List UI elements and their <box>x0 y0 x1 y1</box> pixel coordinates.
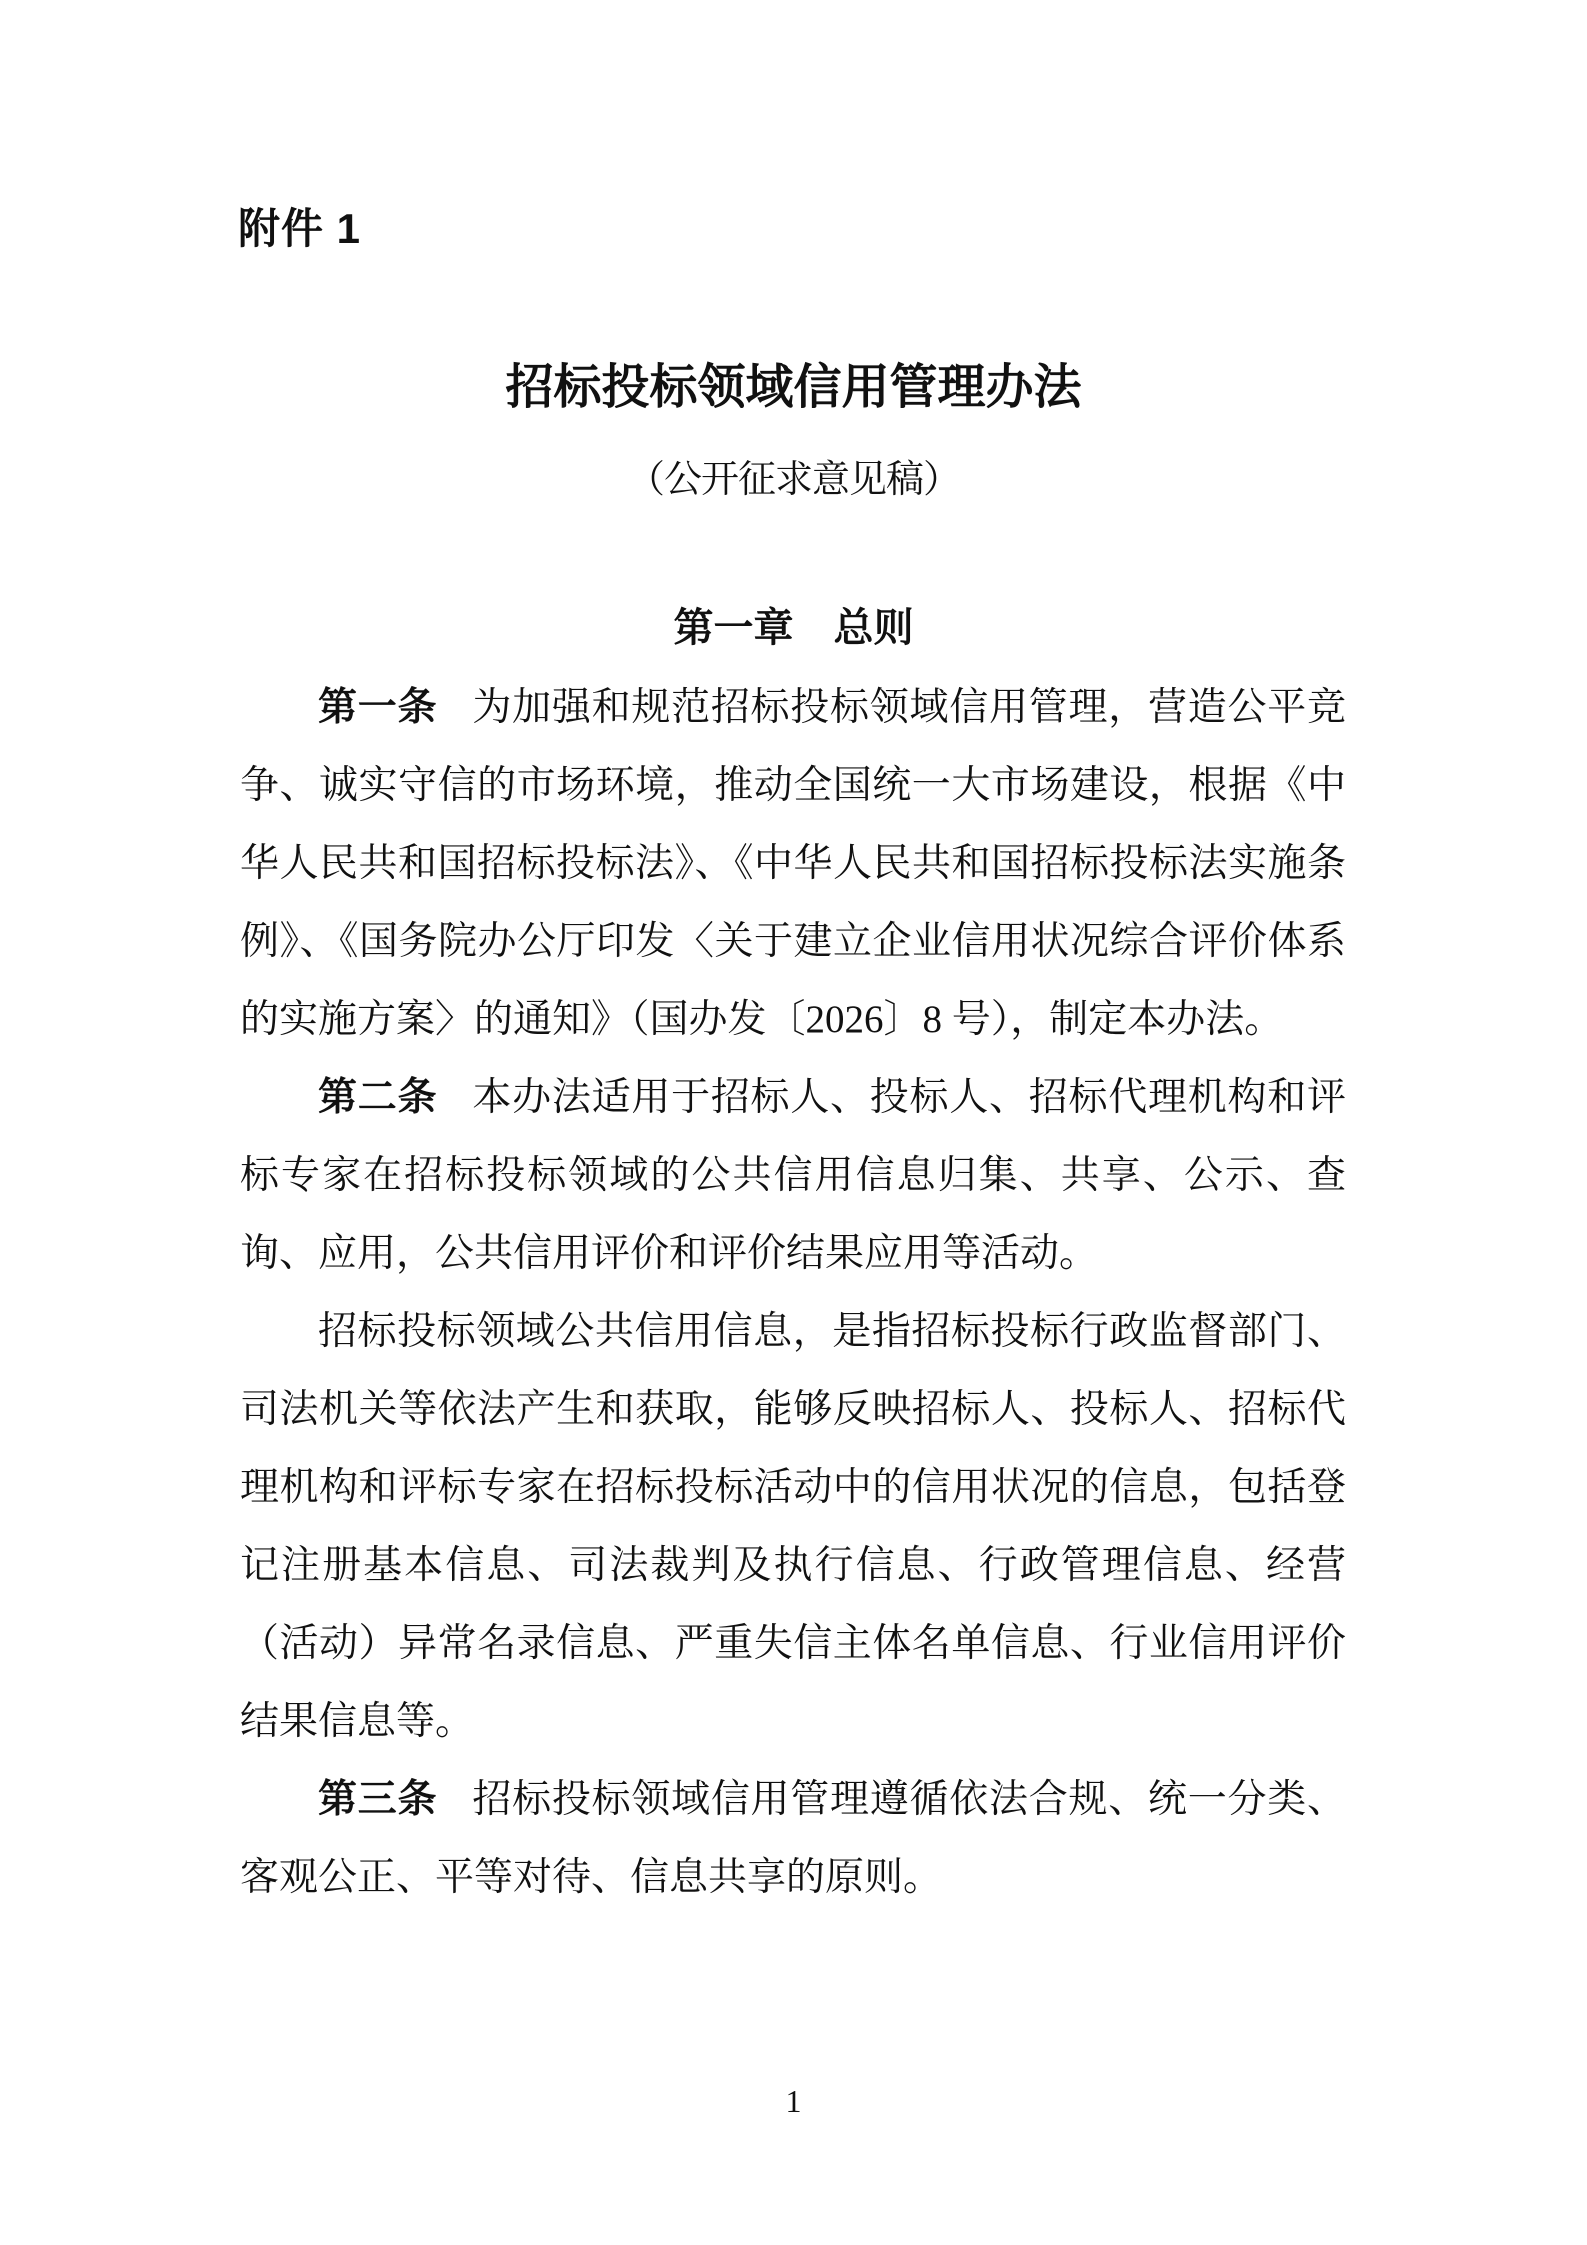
paragraph-article-3: 第三条招标投标领域信用管理遵循依法合规、统一分类、客观公正、平等对待、信息共享的… <box>240 1761 1346 1917</box>
document-page: 附件 1 招标投标领域信用管理办法 （公开征求意见稿） 第一章 总则 第一条为加… <box>0 0 1587 2245</box>
chapter-heading: 第一章 总则 <box>0 604 1587 652</box>
paragraph-article-2-definition: 招标投标领域公共信用信息，是指招标投标行政监督部门、司法机关等依法产生和获取，能… <box>240 1293 1346 1761</box>
document-body: 第一条为加强和规范招标投标领域信用管理，营造公平竞争、诚实守信的市场环境，推动全… <box>240 669 1346 1917</box>
article-1-number: 第一条 <box>318 686 437 729</box>
doc-subtitle: （公开征求意见稿） <box>0 452 1587 509</box>
page-number: 1 <box>0 2082 1587 2120</box>
definition-text: 招标投标领域公共信用信息，是指招标投标行政监督部门、司法机关等依法产生和获取，能… <box>240 1310 1346 1743</box>
attachment-label: 附件 1 <box>238 205 361 253</box>
doc-title: 招标投标领域信用管理办法 <box>0 362 1587 415</box>
paragraph-article-1: 第一条为加强和规范招标投标领域信用管理，营造公平竞争、诚实守信的市场环境，推动全… <box>240 669 1346 1059</box>
article-2-number: 第二条 <box>318 1076 437 1119</box>
paragraph-article-2: 第二条本办法适用于招标人、投标人、招标代理机构和评标专家在招标投标领域的公共信用… <box>240 1059 1346 1293</box>
article-3-number: 第三条 <box>318 1778 437 1821</box>
article-1-text: 为加强和规范招标投标领域信用管理，营造公平竞争、诚实守信的市场环境，推动全国统一… <box>240 686 1346 1041</box>
